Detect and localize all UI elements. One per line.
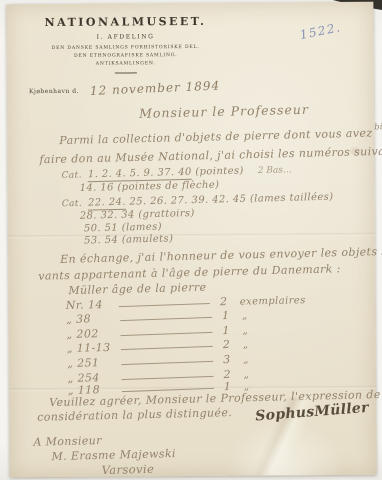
item-unit: exemplaires bbox=[240, 295, 306, 308]
catalog-line: 53. 54 (amulets) bbox=[84, 233, 174, 246]
body-line: Parmi la collection d'objets de pierre d… bbox=[59, 125, 382, 147]
item-quantity: 1 bbox=[222, 309, 242, 322]
dateline-printed: Kjøbenhavn d. bbox=[29, 88, 79, 95]
dash-line bbox=[121, 346, 213, 350]
item-number: „ 38 bbox=[66, 312, 120, 326]
item-unit: „ bbox=[242, 325, 248, 336]
museum-name: NATIONALMUSEET. bbox=[24, 15, 226, 29]
dash-line bbox=[122, 375, 214, 379]
body-line: vants appartenant à l'âge de pierre du D… bbox=[38, 262, 341, 282]
letter-scan: NATIONALMUSEET. I. AFDELING DEN DANSKE S… bbox=[0, 0, 382, 480]
item-unit: „ bbox=[243, 369, 249, 380]
catalog-rest: 25. 26. 27. 39. 42. 45 (lames taillées) bbox=[126, 192, 334, 208]
item-unit: „ bbox=[243, 354, 249, 365]
item-unit: „ bbox=[242, 311, 248, 322]
item-quantity: 2 bbox=[220, 294, 240, 307]
catalog-line: 50. 51 (lames) bbox=[84, 222, 162, 235]
dash-line bbox=[119, 303, 210, 307]
letterhead-subline: ANTIKSAMLINGEN. bbox=[25, 60, 227, 69]
letterhead: NATIONALMUSEET. I. AFDELING DEN DANSKE S… bbox=[24, 15, 226, 74]
archival-number: 1522. bbox=[299, 20, 343, 42]
item-number: Nr. 14 bbox=[66, 297, 120, 311]
recipient-line: M. Erasme Majewski bbox=[51, 447, 176, 463]
catalog-rest: (pointes) bbox=[192, 165, 244, 177]
fold-crease bbox=[8, 233, 375, 239]
dash-line bbox=[120, 317, 212, 321]
pencil-annotation: 2 Bas… bbox=[258, 165, 292, 176]
catalog-line: 14. 16 (pointes de flèche) bbox=[80, 180, 220, 194]
item-number: „ 202 bbox=[66, 326, 120, 340]
dash-line bbox=[121, 361, 213, 365]
catalog-line: 28. 32. 34 (grattoirs) bbox=[80, 208, 195, 222]
department-name: I. AFDELING bbox=[25, 33, 227, 41]
letter-paper: NATIONALMUSEET. I. AFDELING DEN DANSKE S… bbox=[6, 2, 376, 478]
item-quantity: 1 bbox=[222, 323, 242, 336]
closing-line: considération la plus distinguée. bbox=[37, 406, 232, 424]
item-number: „ 251 bbox=[67, 356, 121, 370]
recipient-line: Varsovie bbox=[101, 462, 154, 477]
item-unit: „ bbox=[243, 340, 249, 351]
dash-line bbox=[122, 387, 214, 391]
item-quantity: 2 bbox=[223, 338, 243, 351]
dateline: Kjøbenhavn d. 12 november 1894 bbox=[29, 77, 220, 97]
catalog-line: Cat.1. 2. 4. 5. 9. 37. 40 (pointes)2 Bas… bbox=[61, 164, 292, 181]
item-number: „ 11-13 bbox=[67, 341, 121, 355]
salutation: Monsieur le Professeur bbox=[139, 102, 309, 121]
item-quantity: 3 bbox=[223, 353, 243, 366]
fold-highlight bbox=[224, 415, 344, 476]
catalog-prefix: Cat. bbox=[61, 170, 82, 180]
dash-line bbox=[120, 332, 212, 336]
shipment-table: Nr. 142exemplaires „ 381„ „ 2021„ „ 11-1… bbox=[66, 291, 308, 396]
recipient-line: A Monsieur bbox=[33, 434, 102, 449]
interlinear-insertion: bien bbox=[374, 122, 382, 131]
catalog-numbers: 22. 24. bbox=[88, 197, 126, 211]
letterhead-rule bbox=[115, 72, 137, 73]
catalog-line: Cat.22. 24. 25. 26. 27. 39. 42. 45 (lame… bbox=[62, 192, 334, 210]
body-line: faire don au Musée National, j'ai choisi… bbox=[39, 144, 382, 166]
catalog-prefix: Cat. bbox=[62, 199, 83, 209]
body-text: Parmi la collection d'objets de pierre d… bbox=[59, 126, 372, 147]
dateline-handwritten: 12 november 1894 bbox=[90, 79, 221, 98]
